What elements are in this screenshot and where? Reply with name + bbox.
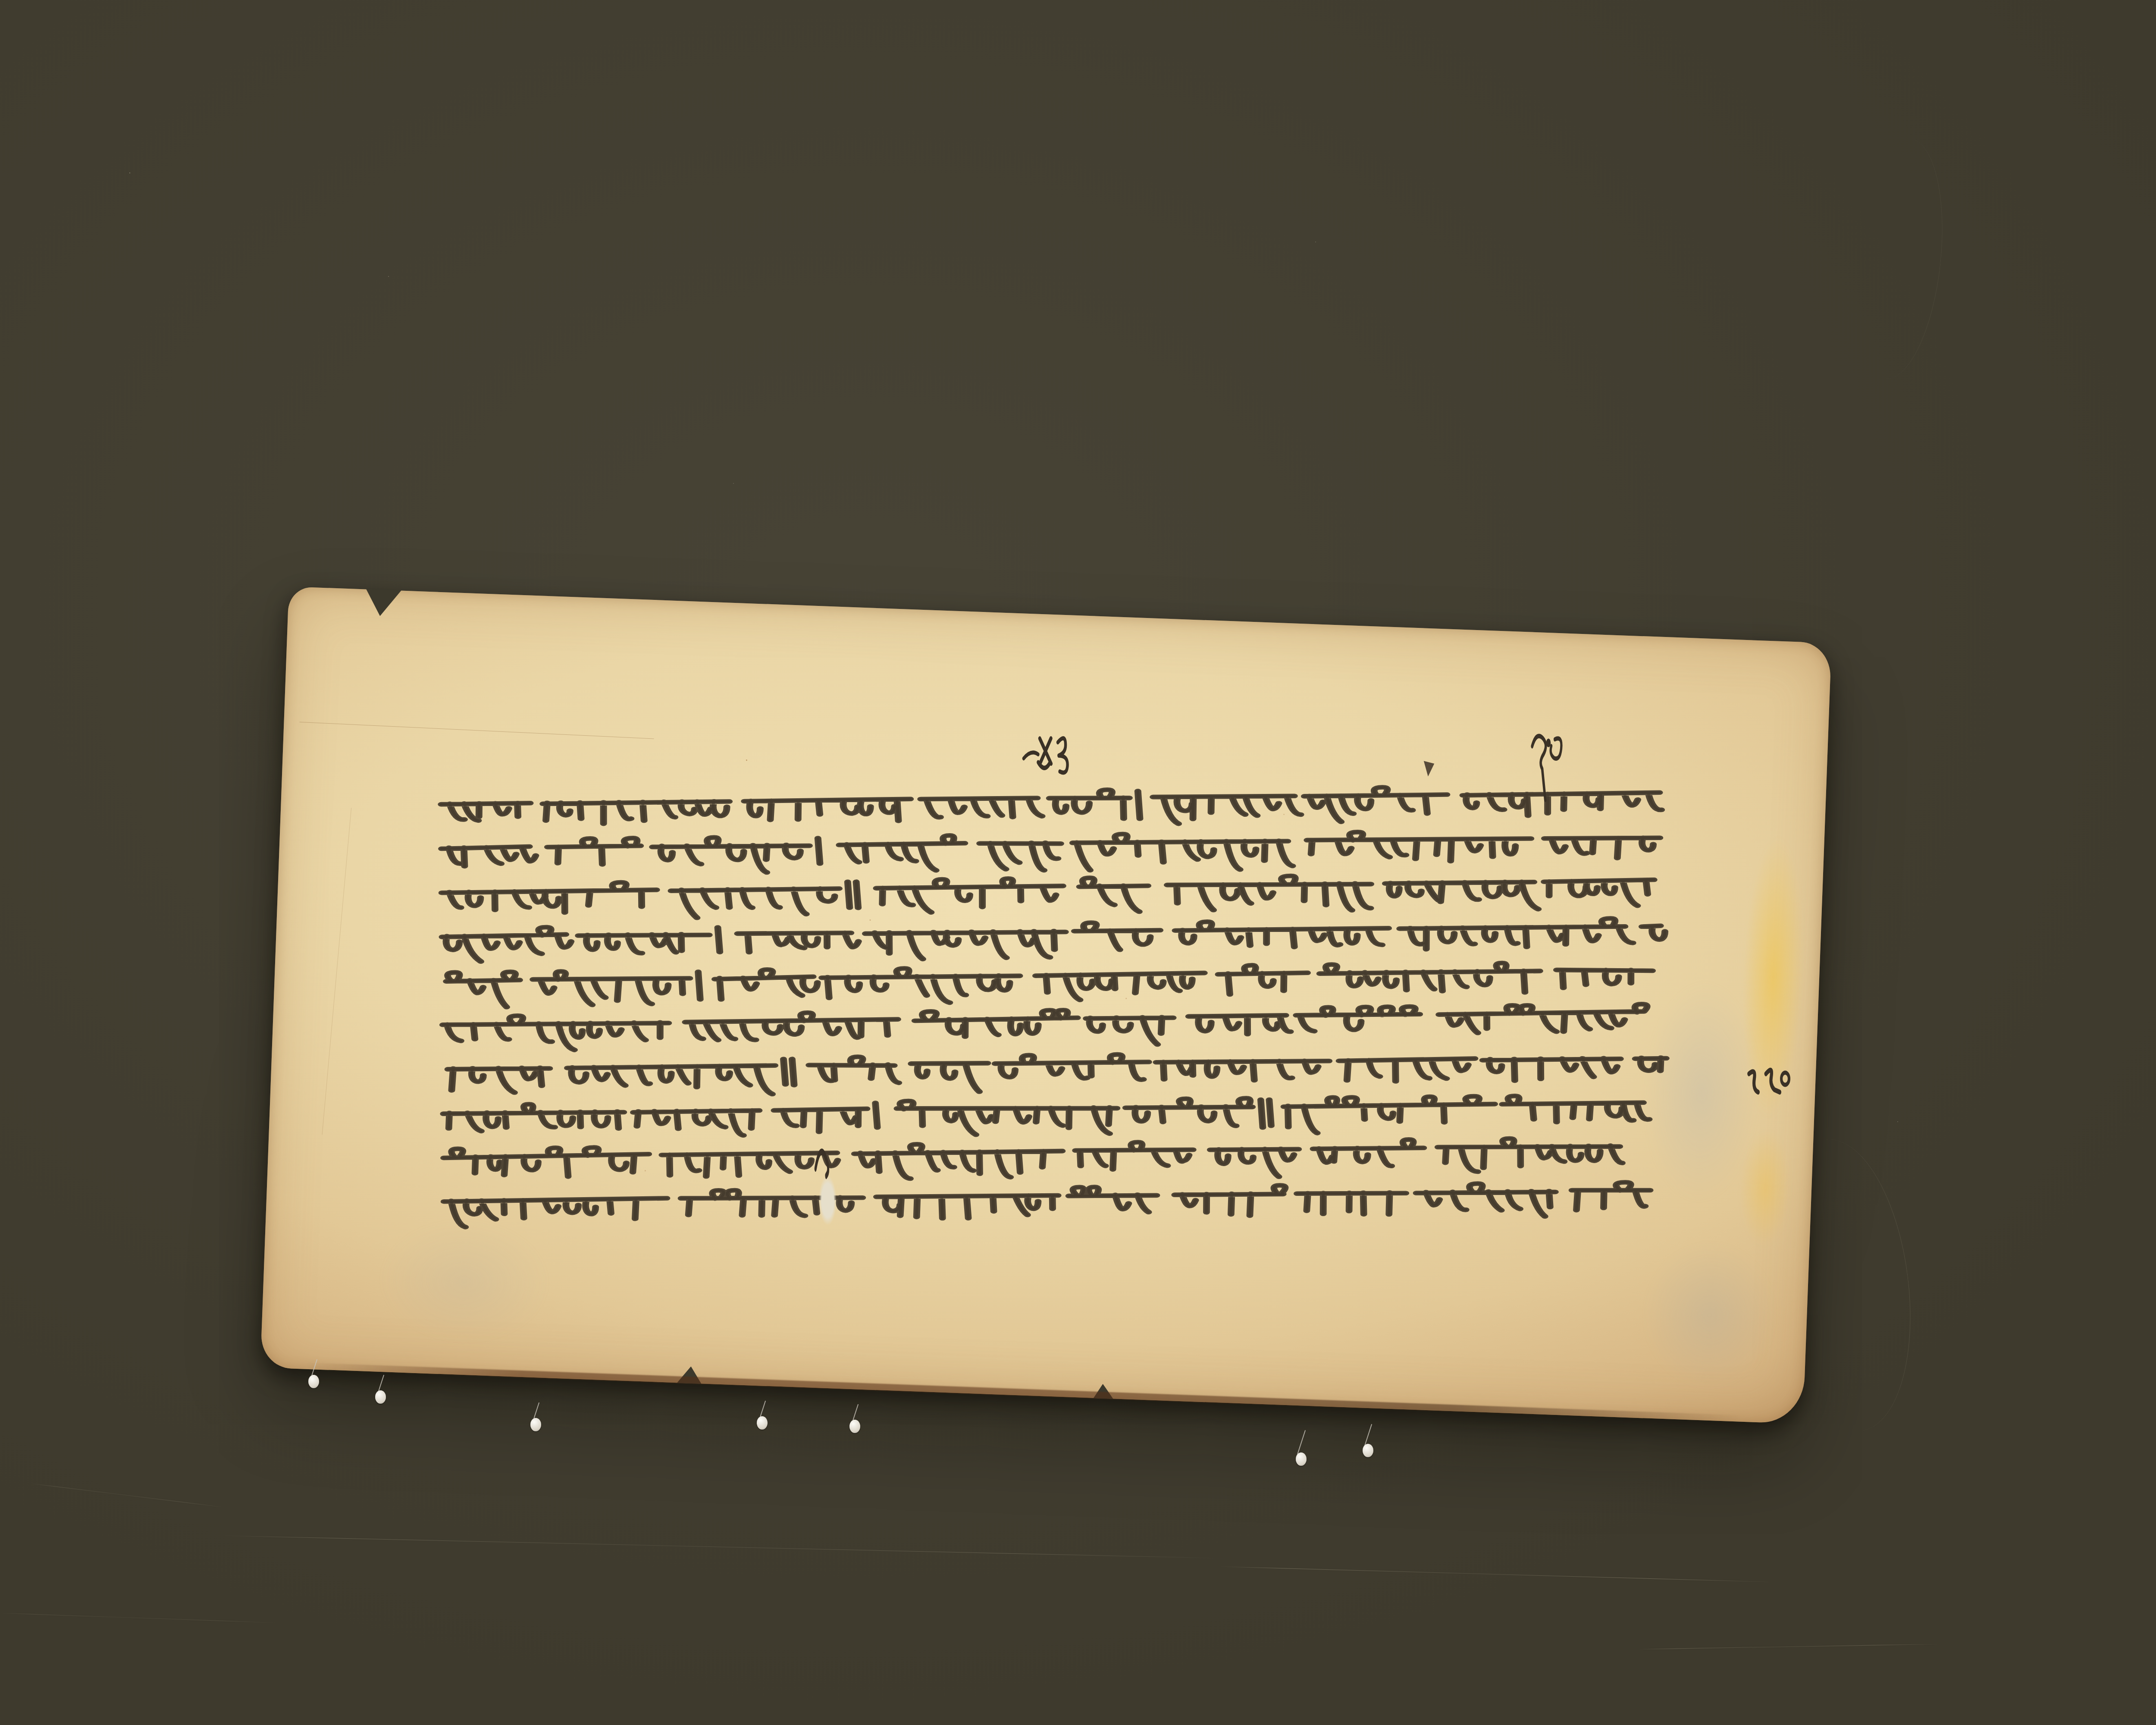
margin-number — [1744, 1063, 1794, 1102]
pin — [757, 1416, 768, 1430]
pin — [375, 1390, 386, 1404]
pin — [530, 1418, 541, 1431]
pin — [849, 1420, 860, 1433]
manuscript-line — [439, 784, 1664, 835]
pin-stem — [1297, 1430, 1305, 1455]
manuscript-line — [441, 1137, 1636, 1188]
ink-dot-mark — [1421, 757, 1436, 777]
photo-mat-background — [0, 0, 2156, 1725]
script-strokes — [441, 830, 1660, 875]
mat-dust-specks — [129, 172, 130, 173]
yellow-stain-right-lower — [1728, 1109, 1802, 1267]
mat-scratch-bottom-right — [1639, 1644, 1940, 1650]
script-strokes-core — [448, 1051, 1666, 1096]
script-strokes — [446, 962, 1652, 1007]
pin — [1296, 1452, 1307, 1466]
correction-inserted-glyph — [814, 1138, 834, 1178]
manuscript-line — [440, 1004, 1666, 1055]
manuscript-line — [445, 1049, 1671, 1100]
foxing-spots — [746, 760, 747, 761]
burnt-bottom-edge — [307, 1362, 1742, 1422]
mat-scratch-left-low — [0, 1613, 280, 1623]
mat-scratch-curve-top-right — [1842, 134, 1953, 383]
script-strokes-core — [443, 1095, 1649, 1139]
script-strokes-core — [442, 918, 1665, 963]
pin-head — [308, 1375, 319, 1388]
paper-crease-top-left — [299, 722, 654, 739]
pin — [1363, 1444, 1373, 1457]
mat-scratch-left — [32, 1483, 225, 1508]
mat-scratch-long-2 — [1218, 1566, 1779, 1582]
manuscript-line — [443, 960, 1657, 1011]
pin — [308, 1375, 319, 1388]
pin-head — [530, 1418, 541, 1431]
pin-head — [1363, 1444, 1373, 1457]
script-strokes-core — [442, 1004, 1647, 1051]
manuscript-line — [439, 828, 1665, 879]
pin-stem — [1364, 1424, 1372, 1446]
torn-notch-top-left — [365, 589, 402, 617]
pin-head — [375, 1390, 386, 1404]
correction-paste-blob — [816, 1169, 839, 1231]
text-block — [439, 784, 1667, 1234]
folio-mark-top-center — [1022, 726, 1073, 780]
mat-scratch-long — [216, 1535, 1228, 1559]
manuscript-line — [441, 1181, 1655, 1232]
script-strokes-core — [443, 1138, 1622, 1182]
script-strokes — [441, 785, 1661, 829]
pin-head — [849, 1420, 860, 1433]
pin-head — [757, 1416, 768, 1430]
manuscript-page — [260, 586, 1832, 1424]
manuscript-line — [439, 916, 1665, 967]
gray-patch-bottom-right — [1621, 1218, 1798, 1412]
script-strokes-core — [444, 1182, 1650, 1227]
yellow-stain-right-edge — [1726, 788, 1820, 1166]
pin-head — [1296, 1452, 1307, 1466]
paper-crease-left-vertical — [322, 808, 352, 1135]
manuscript-line — [439, 872, 1659, 923]
manuscript-line — [441, 1093, 1648, 1144]
